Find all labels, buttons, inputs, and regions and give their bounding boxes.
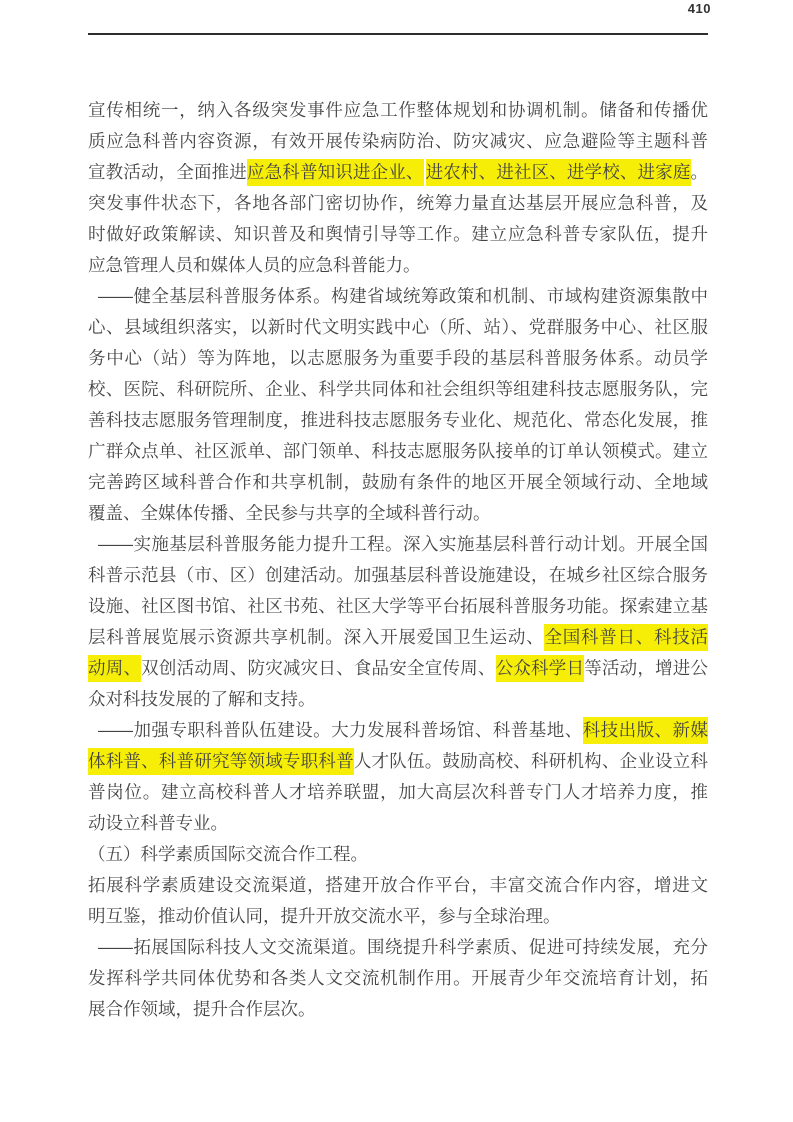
text-segment: 动设立科普专业。	[88, 813, 228, 833]
para-grassroots-service-system: ——健全基层科普服务体系。构建省域统筹政策和机制、市域构建资源集散中心、县域组织…	[88, 281, 708, 529]
text-line: 善科技志愿服务管理制度，推进科技志愿服务专业化、规范化、常态化发展，推	[88, 405, 708, 436]
text-segment: 人才队伍。鼓励高校、科研机构、企业设立科	[354, 751, 708, 771]
text-line: 校、医院、科研院所、企业、科学共同体和社会组织等组建科技志愿服务队，完	[88, 374, 708, 405]
text-line: 层科普展览展示资源共享机制。深入开展爱国卫生运动、全国科普日、科技活	[88, 622, 708, 653]
text-segment: 善科技志愿服务管理制度，推进科技志愿服务专业化、规范化、常态化发展，推	[88, 410, 708, 430]
text-segment: 完善跨区域科普合作和共享机制，鼓励有条件的地区开展全领域行动、全地域	[88, 472, 708, 492]
text-segment: 科普示范县（市、区）创建活动。加强基层科普设施建设，在城乡社区综合服务	[88, 565, 708, 585]
highlighted-text: 体科普、科普研究等领域专职科普	[88, 748, 354, 775]
text-segment: 应急管理人员和媒体人员的应急科普能力。	[88, 255, 421, 275]
text-line: 动周、双创活动周、防灾减灾日、食品安全宣传周、公众科学日等活动，增进公	[88, 653, 708, 684]
text-line: 心、县域组织落实，以新时代文明实践中心（所、站）、党群服务中心、社区服	[88, 312, 708, 343]
para-emergency-scipop: 宣传相统一，纳入各级突发事件应急工作整体规划和协调机制。储备和传播优质应急科普内…	[88, 95, 708, 281]
text-segment: 宣教活动，全面推进	[88, 162, 247, 182]
text-segment: ——加强专职科普队伍建设。大力发展科普场馆、科普基地、	[98, 720, 583, 740]
text-line: ——拓展国际科技人文交流渠道。围绕提升科学素质、促进可持续发展，充分	[88, 932, 708, 963]
text-segment: （五）科学素质国际交流合作工程。	[88, 844, 368, 864]
text-segment: 突发事件状态下，各地各部门密切协作，统筹力量直达基层开展应急科普，及	[88, 193, 708, 213]
para-intl-exchange-intro: 拓展科学素质建设交流渠道，搭建开放合作平台，丰富交流合作内容，增进文明互鉴，推动…	[88, 870, 708, 932]
page-number: 410	[688, 1, 711, 16]
text-segment: 覆盖、全媒体传播、全民参与共享的全域科普行动。	[88, 503, 491, 523]
text-segment: ——拓展国际科技人文交流渠道。围绕提升科学素质、促进可持续发展，充分	[98, 937, 708, 957]
text-segment: 务中心（站）等为阵地，以志愿服务为重要手段的基层科普服务体系。动员学	[88, 348, 708, 368]
text-line: 普岗位。建立高校科普人才培养联盟，加大高层次科普专门人才培养力度，推	[88, 777, 708, 808]
text-segment: ——实施基层科普服务能力提升工程。深入实施基层科普行动计划。开展全国	[98, 534, 708, 554]
para-capability-project: ——实施基层科普服务能力提升工程。深入实施基层科普行动计划。开展全国科普示范县（…	[88, 529, 708, 715]
text-segment: 广群众点单、社区派单、部门领单、科技志愿服务队接单的订单认领模式。建立	[88, 441, 708, 461]
text-line: 时做好政策解读、知识普及和舆情引导等工作。建立应急科普专家队伍，提升	[88, 219, 708, 250]
text-line: 覆盖、全媒体传播、全民参与共享的全域科普行动。	[88, 498, 708, 529]
text-line: 设施、社区图书馆、社区书苑、社区大学等平台拓展科普服务功能。探索建立基	[88, 591, 708, 622]
document-page: { "page": { "number": "410" }, "colors":…	[0, 0, 793, 1122]
text-line: 拓展科学素质建设交流渠道，搭建开放合作平台，丰富交流合作内容，增进文	[88, 870, 708, 901]
document-body: 宣传相统一，纳入各级突发事件应急工作整体规划和协调机制。储备和传播优质应急科普内…	[88, 95, 708, 1025]
text-line: 应急管理人员和媒体人员的应急科普能力。	[88, 250, 708, 281]
text-line: （五）科学素质国际交流合作工程。	[88, 839, 708, 870]
text-segment: 展合作领域，提升合作层次。	[88, 999, 316, 1019]
text-segment: 质应急科普内容资源，有效开展传染病防治、防灾减灾、应急避险等主题科普	[88, 131, 708, 151]
para-fulltime-scipop-team: ——加强专职科普队伍建设。大力发展科普场馆、科普基地、科技出版、新媒体科普、科普…	[88, 715, 708, 839]
text-segment: 。	[691, 162, 709, 182]
para-section-five-heading: （五）科学素质国际交流合作工程。	[88, 839, 708, 870]
text-segment: ——健全基层科普服务体系。构建省域统筹政策和机制、市域构建资源集散中	[98, 286, 708, 306]
text-segment: 层科普展览展示资源共享机制。深入开展爱国卫生运动、	[88, 627, 544, 647]
text-line: 完善跨区域科普合作和共享机制，鼓励有条件的地区开展全领域行动、全地域	[88, 467, 708, 498]
text-segment: 众对科技发展的了解和支持。	[88, 689, 316, 709]
text-line: 明互鉴，推动价值认同，提升开放交流水平，参与全球治理。	[88, 901, 708, 932]
highlighted-text: 动周、	[88, 655, 141, 682]
highlighted-text: 进农村、进社区、进学校、进家庭	[426, 159, 691, 186]
text-segment: 发挥科学共同体优势和各类人文交流机制作用。开展青少年交流培育计划，拓	[88, 968, 708, 988]
text-line: 发挥科学共同体优势和各类人文交流机制作用。开展青少年交流培育计划，拓	[88, 963, 708, 994]
text-line: 宣传相统一，纳入各级突发事件应急工作整体规划和协调机制。储备和传播优	[88, 95, 708, 126]
text-line: ——实施基层科普服务能力提升工程。深入实施基层科普行动计划。开展全国	[88, 529, 708, 560]
text-segment: 明互鉴，推动价值认同，提升开放交流水平，参与全球治理。	[88, 906, 561, 926]
text-segment: 宣传相统一，纳入各级突发事件应急工作整体规划和协调机制。储备和传播优	[88, 100, 708, 120]
text-segment: 时做好政策解读、知识普及和舆情引导等工作。建立应急科普专家队伍，提升	[88, 224, 708, 244]
text-line: 展合作领域，提升合作层次。	[88, 994, 708, 1025]
text-line: ——加强专职科普队伍建设。大力发展科普场馆、科普基地、科技出版、新媒	[88, 715, 708, 746]
text-line: 广群众点单、社区派单、部门领单、科技志愿服务队接单的订单认领模式。建立	[88, 436, 708, 467]
text-segment: 心、县域组织落实，以新时代文明实践中心（所、站）、党群服务中心、社区服	[88, 317, 708, 337]
text-segment: 双创活动周、防灾减灾日、食品安全宣传周、	[141, 658, 495, 678]
highlighted-text: 科技出版、新媒	[583, 717, 708, 744]
text-line: 质应急科普内容资源，有效开展传染病防治、防灾减灾、应急避险等主题科普	[88, 126, 708, 157]
highlighted-text: 全国科普日、科技活	[544, 624, 708, 651]
header-rule	[88, 33, 708, 35]
text-line: 体科普、科普研究等领域专职科普人才队伍。鼓励高校、科研机构、企业设立科	[88, 746, 708, 777]
text-line: 突发事件状态下，各地各部门密切协作，统筹力量直达基层开展应急科普，及	[88, 188, 708, 219]
text-segment: 等活动，增进公	[584, 658, 708, 678]
para-intl-sci-tech-humanities: ——拓展国际科技人文交流渠道。围绕提升科学素质、促进可持续发展，充分发挥科学共同…	[88, 932, 708, 1025]
text-line: ——健全基层科普服务体系。构建省域统筹政策和机制、市域构建资源集散中	[88, 281, 708, 312]
text-line: 宣教活动，全面推进应急科普知识进企业、进农村、进社区、进学校、进家庭。	[88, 157, 708, 188]
text-line: 动设立科普专业。	[88, 808, 708, 839]
text-segment: 拓展科学素质建设交流渠道，搭建开放合作平台，丰富交流合作内容，增进文	[88, 875, 708, 895]
text-line: 众对科技发展的了解和支持。	[88, 684, 708, 715]
highlighted-text: 公众科学日	[496, 655, 585, 682]
text-segment: 普岗位。建立高校科普人才培养联盟，加大高层次科普专门人才培养力度，推	[88, 782, 708, 802]
text-segment: 校、医院、科研院所、企业、科学共同体和社会组织等组建科技志愿服务队，完	[88, 379, 708, 399]
highlighted-text: 应急科普知识进企业、	[247, 159, 424, 186]
text-line: 科普示范县（市、区）创建活动。加强基层科普设施建设，在城乡社区综合服务	[88, 560, 708, 591]
text-segment: 设施、社区图书馆、社区书苑、社区大学等平台拓展科普服务功能。探索建立基	[88, 596, 708, 616]
text-line: 务中心（站）等为阵地，以志愿服务为重要手段的基层科普服务体系。动员学	[88, 343, 708, 374]
